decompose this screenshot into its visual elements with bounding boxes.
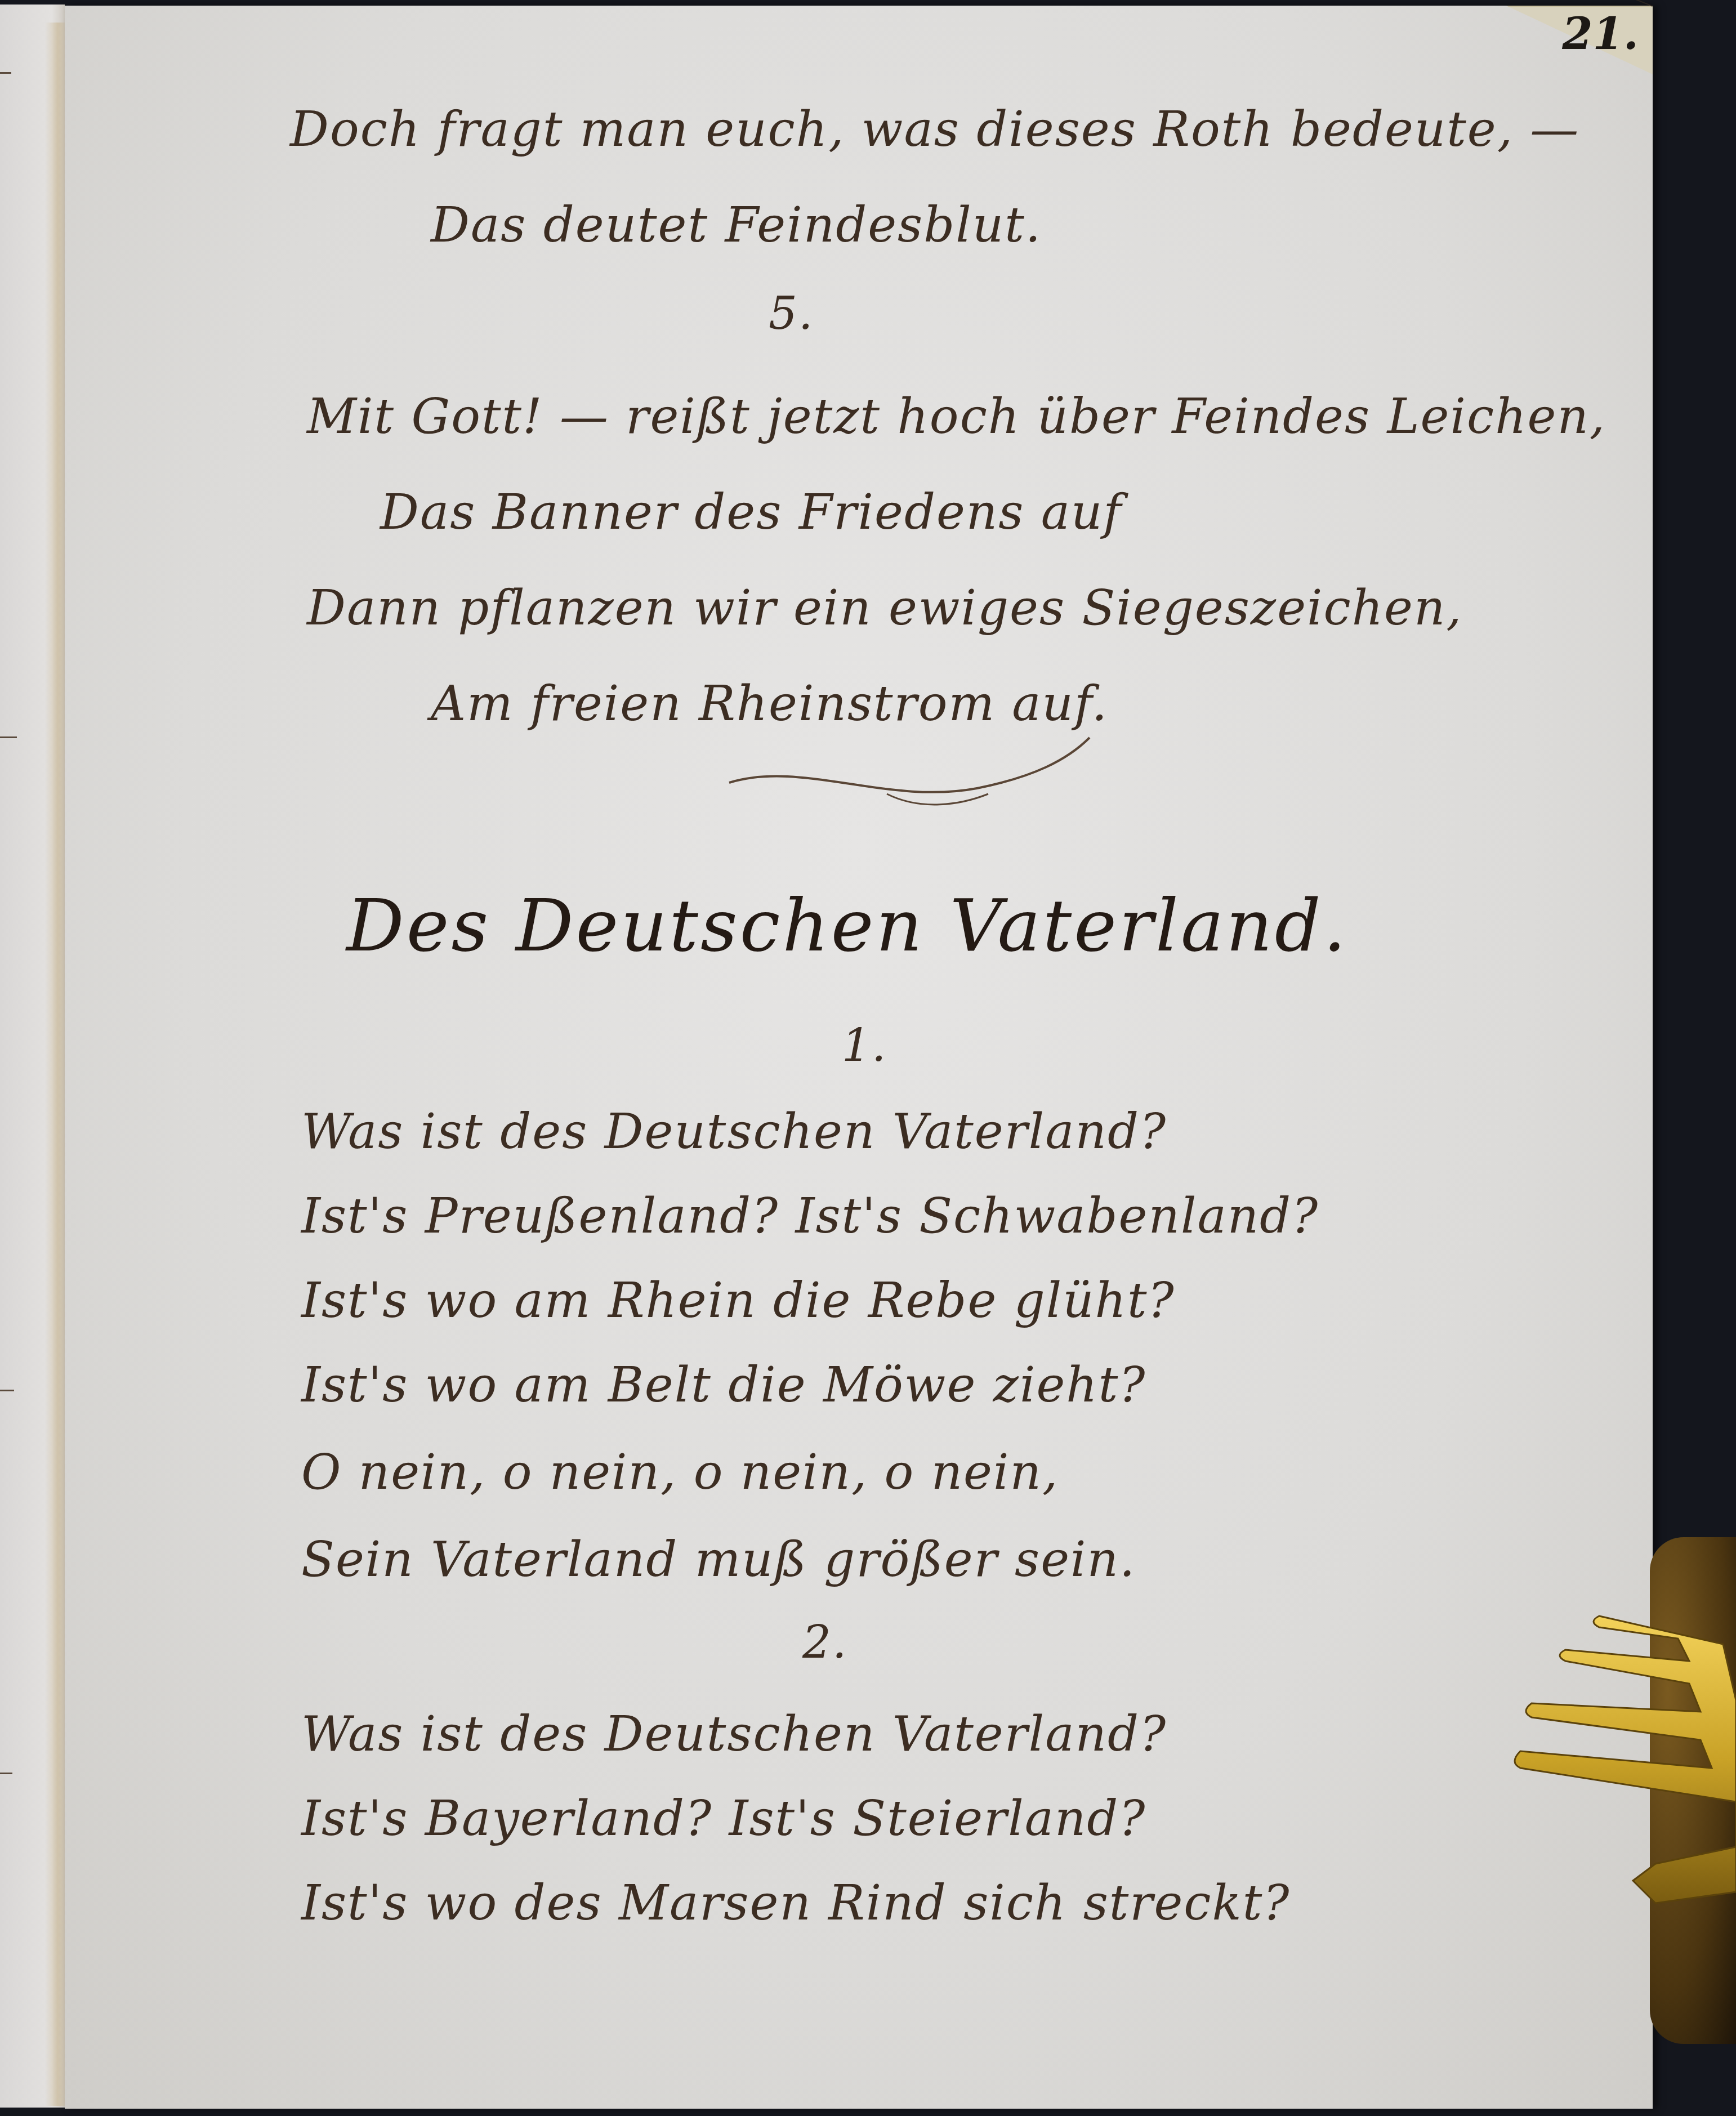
manuscript-page: 21. Doch fragt man euch, was dieses Roth… [65, 6, 1653, 2109]
verse-line: Das Banner des Friedens auf [380, 484, 1122, 541]
stanza-number: 1. [842, 1019, 887, 1072]
verse-line: Ist's Preußenland? Ist's Schwabenland? [301, 1188, 1319, 1244]
left-page-ink-mark [0, 72, 11, 74]
page-number: 21. [1562, 8, 1639, 60]
poem-title: Des Deutschen Vaterland. [346, 884, 1348, 968]
stanza-number: 2. [802, 1616, 847, 1668]
verse-line: Ist's wo am Rhein die Rebe glüht? [301, 1273, 1175, 1329]
decorative-flourish-icon [718, 726, 1101, 816]
verse-line: Dann pflanzen wir ein ewiges Siegeszeich… [307, 580, 1463, 636]
verse-line: Das deutet Feindesblut. [431, 197, 1042, 253]
verse-line: Am freien Rheinstrom auf. [431, 676, 1108, 732]
brass-hand-page-holder-icon [1487, 1599, 1736, 1914]
verse-line: Sein Vaterland muß größer sein. [301, 1532, 1136, 1588]
verse-line: Was ist des Deutschen Vaterland? [301, 1706, 1167, 1762]
verse-line: Doch fragt man euch, was dieses Roth bed… [290, 101, 1579, 158]
left-page-ink-mark [0, 1390, 14, 1391]
verse-line: Mit Gott! — reißt jetzt hoch über Feinde… [307, 389, 1606, 445]
verse-line: Ist's wo des Marsen Rind sich streckt? [301, 1875, 1290, 1931]
left-page-ink-mark [0, 1773, 12, 1774]
verse-line: Ist's Bayerland? Ist's Steierland? [301, 1791, 1146, 1847]
verse-line: O nein, o nein, o nein, o nein, [301, 1444, 1059, 1501]
verse-line: Was ist des Deutschen Vaterland? [301, 1104, 1167, 1160]
stanza-number: 5. [769, 287, 814, 340]
left-page-ink-mark [0, 736, 17, 738]
verse-line: Ist's wo am Belt die Möwe zieht? [301, 1357, 1146, 1413]
